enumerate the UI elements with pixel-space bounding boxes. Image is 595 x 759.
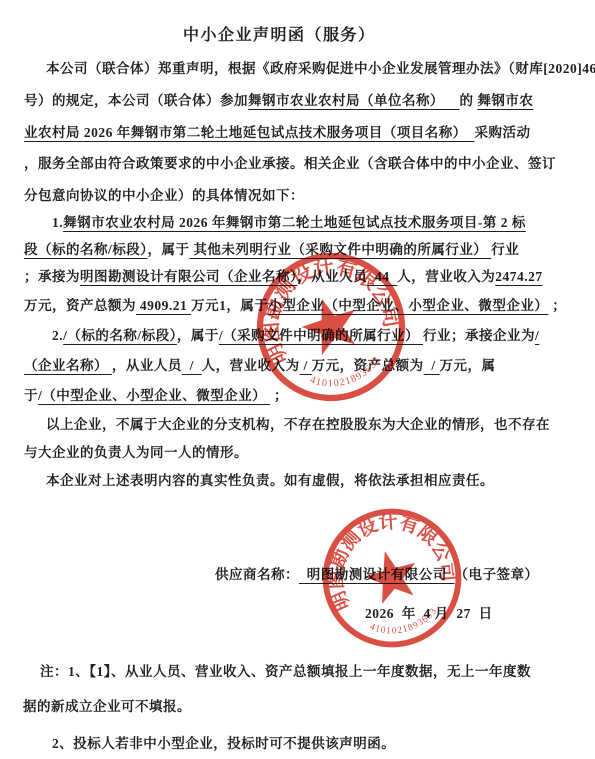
doc-line: ，服务全部由符合政策要求的中小企业承接。相关企业（含联合体中的中小企业、签订: [24, 155, 556, 174]
doc-line: 万元，资产总额为 4909.21 万元1，属于小型企业（中型企业、小型企业、微型…: [24, 297, 566, 316]
text-segment: 段（标的名称/标段）: [24, 242, 148, 257]
text-segment: 其他未列明行业（采购文件中明确的所属行业）: [190, 242, 492, 257]
text-segment: ；承接为: [24, 269, 80, 284]
text-segment: 舞钢市农业农村局 2026 年舞钢市第二轮土地延包试点技术服务项目-第 2 标: [63, 215, 526, 230]
text-segment: 4909.21: [136, 298, 191, 313]
doc-line: 1.舞钢市农业农村局 2026 年舞钢市第二轮土地延包试点技术服务项目-第 2 …: [52, 214, 526, 233]
text-segment: /: [182, 358, 202, 373]
text-segment: 44: [367, 269, 397, 284]
text-segment: /（采购文件中明确的所属行业）: [219, 328, 423, 343]
doc-line: 2、投标人若非中小型企业，投标时可不提供该声明函。: [52, 735, 395, 754]
text-segment: 行业；承接企业为: [423, 328, 535, 343]
text-segment: 本公司（联合体）郑重声明，根据《政府采购促进中小企业发展管理办法》（财库[202…: [46, 61, 595, 76]
doc-line: 号）的规定，本公司（联合体）参加舞钢市农业农村局（单位名称） 的 舞钢市农: [24, 92, 533, 111]
text-segment: ，服务全部由符合政策要求的中小企业承接。相关企业（含联合体中的中小企业、签订: [24, 156, 556, 171]
text-segment: /（标的名称/标段）: [63, 328, 177, 343]
text-segment: 的: [460, 93, 478, 108]
doc-line: 本企业对上述表明内容的真实性负责。如有虚假，将依法承担相应责任。: [46, 472, 494, 491]
doc-line: 段（标的名称/标段），属于 其他未列明行业（采购文件中明确的所属行业） 行业: [24, 241, 519, 260]
text-segment: 1.: [52, 215, 63, 230]
text-segment: ，从业人员: [112, 358, 182, 373]
doc-line: 2./（标的名称/标段），属于/（采购文件中明确的所属行业） 行业；承接企业为/: [52, 327, 539, 346]
text-segment: 供应商名称：: [215, 567, 299, 582]
declaration-document-page: 中小企业声明函（服务） 本公司（联合体）郑重声明，根据《政府采购促进中小企业发展…: [0, 0, 595, 759]
text-segment: 人，营业收入为: [397, 269, 495, 284]
text-segment: 万元1，属于: [191, 298, 268, 313]
text-segment: 2026 年 4 月 27 日: [365, 606, 493, 621]
doc-line: ；承接为明图勘测设计有限公司（企业名称），从业人员 44 人，营业收入为2474…: [24, 268, 543, 287]
text-segment: /: [300, 358, 312, 373]
text-segment: 2、投标人若非中小型企业，投标时可不提供该声明函。: [52, 736, 395, 751]
doc-line: 供应商名称： 明图勘测设计有限公司 （电子签章）: [215, 566, 539, 585]
text-segment: /（中型企业、小型企业、微型企业）: [38, 388, 270, 403]
doc-line: 以上企业，不属于大企业的分支机构，不存在控股股东为大企业的情形，也不存在: [46, 416, 550, 435]
text-segment: 舞钢市农: [477, 93, 533, 108]
text-segment: ；: [548, 298, 566, 313]
doc-line: 于/（中型企业、小型企业、微型企业） ；: [24, 387, 288, 406]
text-segment: 万元，属: [440, 358, 496, 373]
text-segment: 明图勘测设计有限公司: [299, 567, 455, 582]
text-segment: 分包意向协议的中小企业）的具体情况如下：: [24, 188, 304, 203]
doc-line: 业农村局 2026 年舞钢市第二轮土地延包试点技术服务项目（项目名称） 采购活动: [24, 124, 531, 143]
text-segment: 人，营业收入为: [202, 358, 300, 373]
text-segment: 万元，资产总额为: [312, 358, 424, 373]
text-segment: ，属于: [148, 242, 190, 257]
text-segment: ，属于: [177, 328, 219, 343]
text-segment: 与大企业的负责人为同一人的情形。: [24, 445, 248, 460]
text-segment: 注：: [40, 664, 68, 679]
text-segment: ；: [270, 388, 288, 403]
doc-line: 本公司（联合体）郑重声明，根据《政府采购促进中小企业发展管理办法》（财库[202…: [46, 60, 595, 79]
text-segment: 2474.27: [495, 269, 542, 284]
text-segment: 采购活动: [475, 125, 531, 140]
text-segment: 明图勘测设计有限公司（企业名称）: [80, 269, 297, 284]
text-segment: （电子签章）: [455, 567, 539, 582]
seal-company-text: 明图勘测设计有限公司: [309, 495, 462, 615]
text-segment: 据的新成立企业可不填报。: [23, 699, 191, 714]
text-segment: /: [535, 328, 539, 343]
text-segment: 小型企业（中型企业、小型企业、微型企业）: [268, 298, 548, 313]
text-segment: /: [424, 358, 440, 373]
text-segment: 号）的规定，本公司（联合体）参加: [24, 93, 248, 108]
text-segment: 以上企业，不属于大企业的分支机构，不存在控股股东为大企业的情形，也不存在: [46, 417, 550, 432]
doc-line: 据的新成立企业可不填报。: [23, 698, 191, 717]
text-segment: 舞钢市农业农村局（单位名称）: [248, 93, 460, 108]
text-segment: ，从业人员: [297, 269, 367, 284]
text-segment: 行业: [491, 242, 519, 257]
doc-line: （企业名称） ，从业人员 / 人，营业收入为 / 万元，资产总额为 / 万元，属: [24, 357, 496, 376]
text-segment: 于: [24, 388, 38, 403]
doc-line: 注：1、【1】、从业人员、营业收入、资产总额填报上一年度数据，无上一年度数: [40, 663, 531, 682]
page-title: 中小企业声明函（服务）: [183, 22, 376, 45]
doc-line: 与大企业的负责人为同一人的情形。: [24, 444, 248, 463]
text-segment: 本企业对上述表明内容的真实性负责。如有虚假，将依法承担相应责任。: [46, 473, 494, 488]
text-segment: 万元，资产总额为: [24, 298, 136, 313]
text-segment: （企业名称）: [24, 358, 112, 373]
text-segment: 业农村局 2026 年舞钢市第二轮土地延包试点技术服务项目（项目名称）: [24, 125, 475, 140]
text-segment: 1、【1】、从业人员、营业收入、资产总额填报上一年度数据，无上一年度数: [68, 664, 531, 679]
doc-line: 2026 年 4 月 27 日: [365, 605, 493, 624]
text-segment: 2.: [52, 328, 63, 343]
doc-line: 分包意向协议的中小企业）的具体情况如下：: [24, 187, 304, 206]
